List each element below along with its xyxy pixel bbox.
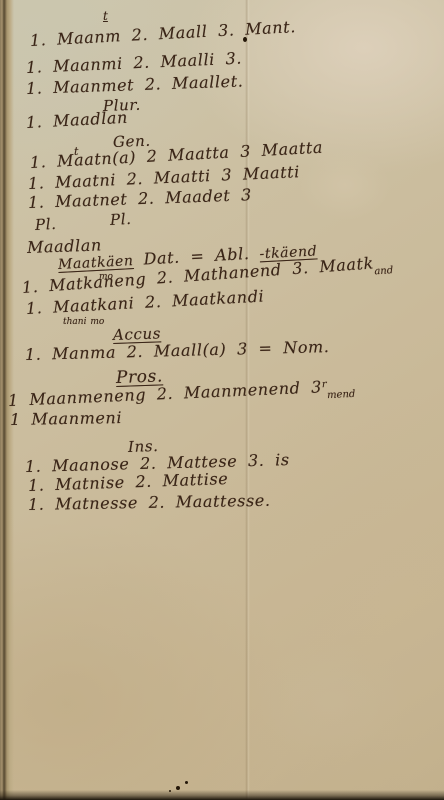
ink-speck <box>185 781 188 784</box>
label-pl-mid: Pl. <box>110 210 132 229</box>
bottom-shadow <box>0 790 444 800</box>
superscript-t-mark: t <box>103 9 108 23</box>
line-pros-1-sub: mend <box>327 389 356 401</box>
fold-crease <box>245 0 250 800</box>
line-pros-1-sup: r <box>322 379 327 390</box>
manuscript-photo: t 1. Maanm 2. Maall 3. Mant. 1. Maanmi 2… <box>0 0 444 800</box>
label-pl-left: Pl. <box>35 215 57 234</box>
ink-speck <box>243 37 247 42</box>
line-dat-2-note: thani mo <box>63 317 104 327</box>
line-dat-1-wrap: and <box>374 265 394 277</box>
line-pros-2: 1 Maanmeni <box>10 408 122 429</box>
